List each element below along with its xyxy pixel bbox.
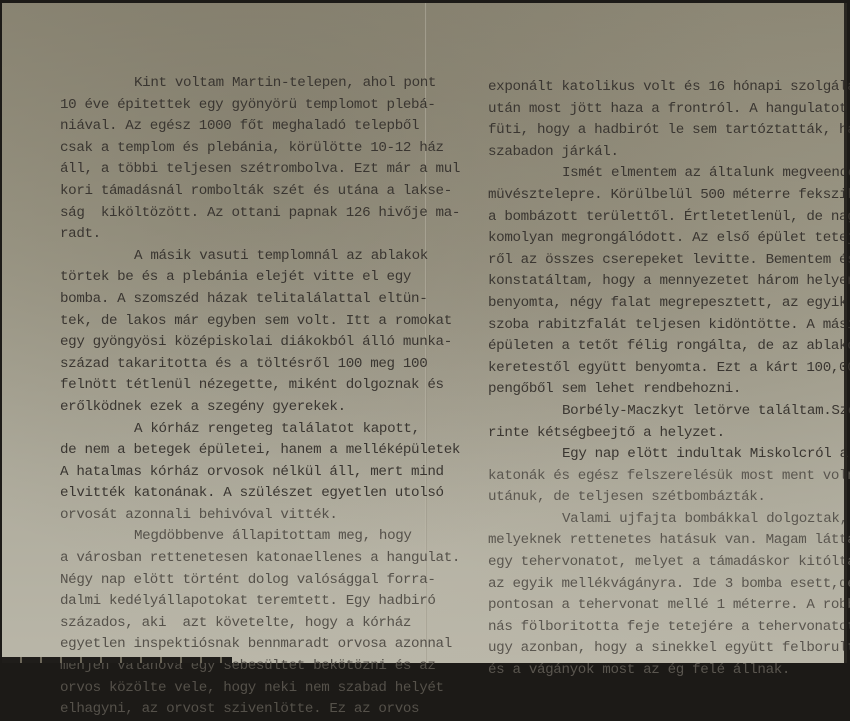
text-line: ugy azonban, hogy a sinekkel együtt felb…	[488, 638, 850, 660]
text-line: Négy nap elött történt dolog valósággal …	[60, 570, 460, 592]
text-line: és a vágányok most az ég felé állnak.	[488, 660, 850, 666]
text-line: komolyan megrongálódott. Az első épület …	[488, 228, 850, 250]
text-line: század takaritotta és a töltésről 100 me…	[60, 354, 460, 376]
text-line: A kórház rengeteg találatot kapott,	[60, 419, 460, 441]
text-line: ről az összes cserepeket levitte. Bement…	[488, 250, 850, 272]
text-line: rinte kétségbeejtő a helyzet.	[488, 423, 850, 445]
text-line: szabadon járkál.	[488, 142, 850, 164]
text-line: keretestől együtt benyomta. Ezt a kárt 1…	[488, 358, 850, 380]
text-line: exponált katolikus volt és 16 hónapi szo…	[488, 77, 850, 99]
text-line: ság kiköltözött. Az ottani papnak 126 hi…	[60, 203, 460, 225]
text-line: a bombázott területtől. Értletetlenül, d…	[488, 207, 850, 229]
text-line: után most jött haza a frontról. A hangul…	[488, 99, 850, 121]
text-line: épületen a tetőt félig rongálta, de az a…	[488, 336, 850, 358]
text-line: müvésztelepre. Körülbelül 500 méterre fe…	[488, 185, 850, 207]
text-line: törtek be és a plebánia elejét vitte el …	[60, 267, 460, 289]
text-line: egy gyöngyösi középiskolai diákokból áll…	[60, 332, 460, 354]
text-line: elvitték katonának. A szülészet egyetlen…	[60, 483, 460, 505]
right-page-text: exponált katolikus volt és 16 hónapi szo…	[488, 77, 850, 666]
text-line: bomba. A szomszéd házak telitalálattal e…	[60, 289, 460, 311]
text-line: felnött tétlenül nézegette, miként dolgo…	[60, 375, 460, 397]
text-line: de nem a betegek épületei, hanem a mellé…	[60, 440, 460, 462]
text-line: az egyik mellékvágányra. Ide 3 bomba ese…	[488, 574, 850, 596]
scanned-document: Kint voltam Martin-telepen, ahol pont10 …	[2, 3, 847, 663]
text-line: benyomta, négy falat megrepesztett, az e…	[488, 293, 850, 315]
text-line: Megdöbbenve állapitottam meg, hogy	[60, 526, 460, 548]
text-line: a városban rettenetesen katonaellenes a …	[60, 548, 460, 570]
text-line: áll, a többi teljesen szétrombolva. Ezt …	[60, 159, 460, 181]
text-line: orvosát azonnali behivóval vitték.	[60, 505, 460, 527]
text-line: tek, de lakos már egyben sem volt. Itt a…	[60, 311, 460, 333]
text-line: egyetlen inspektiósnak bennmaradt orvosa…	[60, 634, 460, 656]
text-line: A hatalmas kórház orvosok nélkül áll, me…	[60, 462, 460, 484]
text-line: melyeknek rettenetes hatásuk van. Magam …	[488, 530, 850, 552]
scan-bottom-edge	[2, 657, 232, 663]
text-line: Egy nap elött indultak Miskolcról a	[488, 444, 850, 466]
text-line: pengőből sem lehet rendbehozni.	[488, 379, 850, 401]
text-line: A másik vasuti templomnál az ablakok	[60, 246, 460, 268]
text-line: Ismét elmentem az általunk megveendő	[488, 163, 850, 185]
text-line: katonák és egész felszerelésük most ment…	[488, 466, 850, 488]
text-line: konstatáltam, hogy a mennyezetet három h…	[488, 271, 850, 293]
text-line: nás fölboritotta feje tetejére a tehervo…	[488, 617, 850, 639]
text-line: 10 éve épitettek egy gyönyörü templomot …	[60, 95, 460, 117]
text-line: pontosan a tehervonat mellé 1 méterre. A…	[488, 595, 850, 617]
text-line: dalmi kedélyállapotokat teremtett. Egy h…	[60, 591, 460, 613]
text-line: füti, hogy a hadbirót le sem tartóztattá…	[488, 120, 850, 142]
scan-edge-shadow	[844, 3, 847, 663]
text-line: egy tehervonatot, melyet a támadáskor ki…	[488, 552, 850, 574]
text-line: erőlködnek ezek a szegény gyerekek.	[60, 397, 460, 419]
text-line: százados, aki azt követelte, hogy a kórh…	[60, 613, 460, 635]
text-line: niával. Az egész 1000 főt meghaladó tele…	[60, 116, 460, 138]
text-line: csak a templom és plebánia, körülötte 10…	[60, 138, 460, 160]
text-line: Valami ujfajta bombákkal dolgoztak,	[488, 509, 850, 531]
left-page-text: Kint voltam Martin-telepen, ahol pont10 …	[60, 73, 460, 666]
text-line: Kint voltam Martin-telepen, ahol pont	[60, 73, 460, 95]
text-line: kori támadásnál rombolták szét és utána …	[60, 181, 460, 203]
text-line: Borbély-Maczkyt letörve találtam.Sze-	[488, 401, 850, 423]
text-line: utánuk, de teljesen szétbombázták.	[488, 487, 850, 509]
text-line: radt.	[60, 224, 460, 246]
text-line: szoba rabitzfalát teljesen kidöntötte. A…	[488, 315, 850, 337]
